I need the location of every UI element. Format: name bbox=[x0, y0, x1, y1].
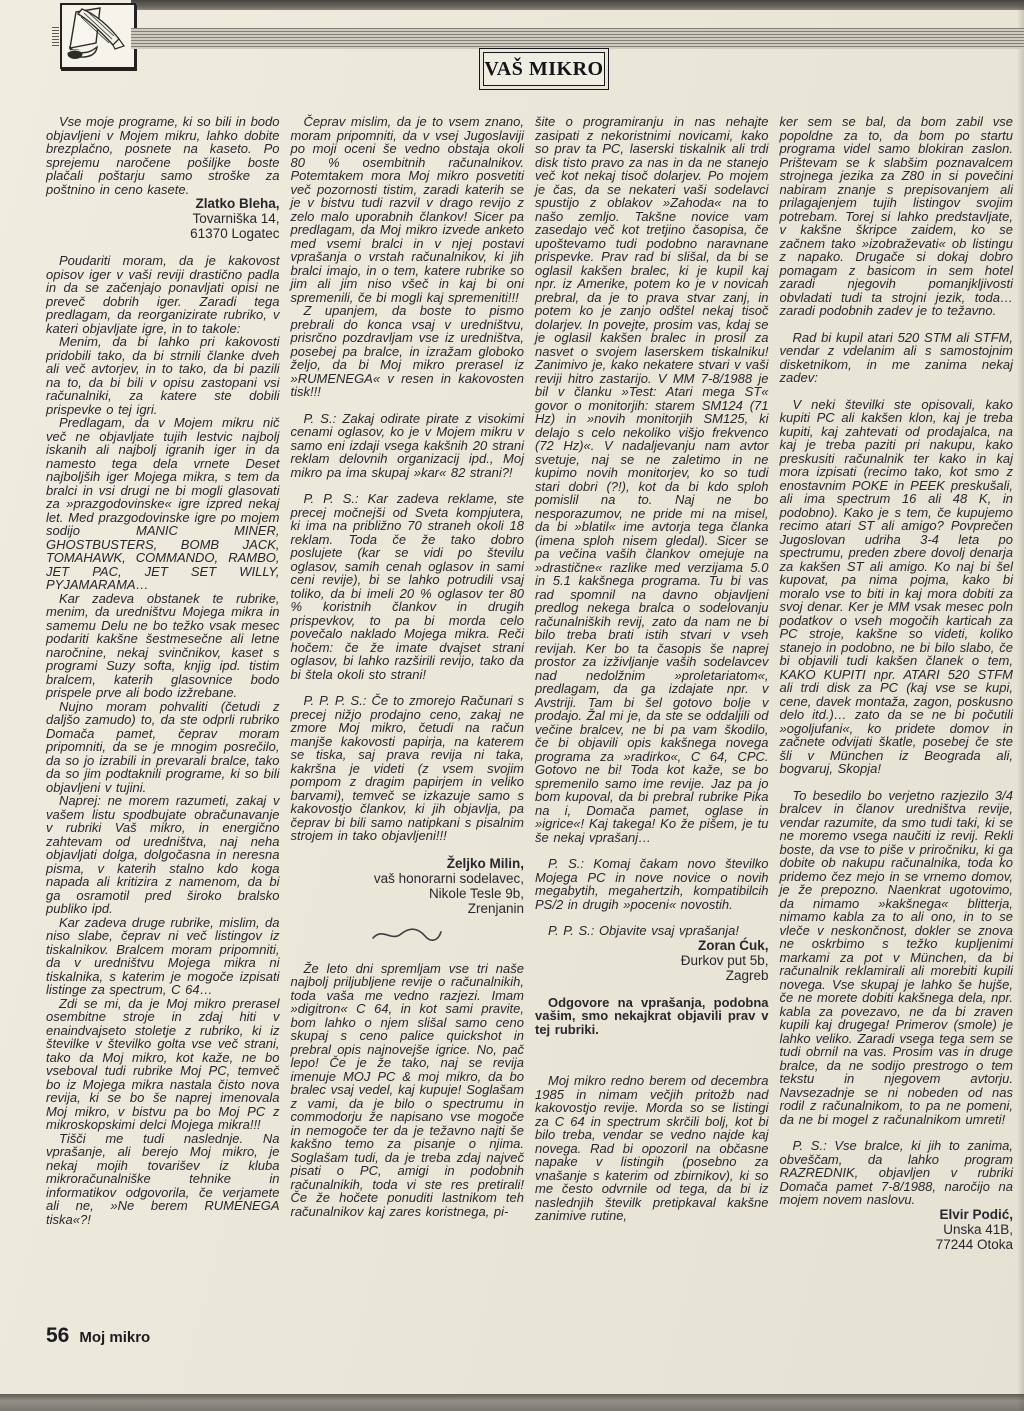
letter-paragraph: šite o programiranju in nas nehajte zasi… bbox=[535, 115, 769, 844]
letter-paragraph: P. P. S.: Kar zadeva reklame, ste precej… bbox=[291, 492, 525, 681]
letter-paragraph: Rad bi kupil atari 520 STM ali STFM, ven… bbox=[780, 331, 1014, 385]
letter-paragraph: Kar zadeva druge rubrike, mislim, da nis… bbox=[46, 916, 280, 997]
letter-paragraph: ker sem se bal, da bom zabil vse popoldn… bbox=[780, 115, 1014, 318]
letter-paragraph: Z upanjem, da boste to pismo prebrali do… bbox=[291, 304, 525, 399]
letter-paragraph: P. S.: Komaj čakam novo številko Mojega … bbox=[535, 857, 769, 911]
letter-paragraph: Moj mikro redno berem od decembra 1985 i… bbox=[535, 1074, 769, 1223]
handwritten-divider bbox=[291, 924, 525, 948]
page-number: 56 bbox=[46, 1324, 69, 1348]
scroll-and-quill-drawing bbox=[62, 5, 130, 63]
signature-name: Elvir Podić, bbox=[780, 1207, 1014, 1222]
letter-paragraph: V neki številki ste opisovali, kako kupi… bbox=[780, 398, 1014, 776]
signature-name: Zlatko Bleha, bbox=[46, 196, 280, 211]
signature-address-line: Zagreb bbox=[535, 968, 769, 983]
letters-columns: Vse moje programe, ki so bili in bodo ob… bbox=[46, 115, 1013, 1252]
scroll-and-quill-icon bbox=[60, 3, 136, 69]
scan-edge-right bbox=[1017, 0, 1024, 1411]
letter-paragraph: Vse moje programe, ki so bili in bodo ob… bbox=[46, 115, 280, 196]
letter-signature: Zlatko Bleha,Tovarniška 14,61370 Logatec bbox=[46, 196, 280, 241]
letter-signature: Zoran Ćuk,Đurkov put 5b,Zagreb bbox=[535, 938, 769, 983]
letter-paragraph: P. S.: Zakaj odirate pirate z visokimi c… bbox=[291, 412, 525, 480]
letter-paragraph: P. P. S.: Objavite vsaj vprašanja! bbox=[535, 924, 769, 938]
letter-paragraph: Tišči me tudi naslednje. Na vprašanje, a… bbox=[46, 1132, 280, 1227]
section-title: VAŠ MIKRO bbox=[484, 58, 603, 81]
signature-address-line: Zrenjanin bbox=[291, 901, 525, 916]
signature-address-line: Nikole Tesle 9b, bbox=[291, 886, 525, 901]
header-stripe-band bbox=[131, 28, 1024, 49]
letter-paragraph: Že leto dni spremljam vse tri naše najbo… bbox=[291, 962, 525, 1219]
signature-address-line: vaš honorarni sodelavec, bbox=[291, 871, 525, 886]
handwritten-squiggle bbox=[370, 924, 444, 946]
text-column: Čeprav mislim, da je to vsem znano, mora… bbox=[291, 115, 525, 1252]
page-footer: 56 Moj mikro bbox=[46, 1324, 150, 1348]
scan-edge-top bbox=[131, 0, 1024, 10]
text-column: ker sem se bal, da bom zabil vse popoldn… bbox=[780, 115, 1014, 1252]
letter-paragraph: P. S.: Vse bralce, ki jih to zanima, obv… bbox=[780, 1139, 1014, 1207]
letter-signature: Elvir Podić,Unska 41B,77244 Otoka bbox=[780, 1207, 1014, 1252]
letter-paragraph: Čeprav mislim, da je to vsem znano, mora… bbox=[291, 115, 525, 304]
letter-paragraph: Poudariti moram, da je kakovost opisov i… bbox=[46, 254, 280, 335]
letter-paragraph: Menim, da bi lahko pri kakovosti pridobi… bbox=[46, 335, 280, 416]
signature-address-line: 77244 Otoka bbox=[780, 1237, 1014, 1252]
letter-paragraph: To besedilo bo verjetno razjezilo 3/4 br… bbox=[780, 789, 1014, 1127]
signature-name: Zoran Ćuk, bbox=[535, 938, 769, 953]
letter-paragraph: P. P. P. S.: Če to zmorejo Računari s pr… bbox=[291, 694, 525, 843]
letter-paragraph: Kar zadeva obstanek te rubrike, menim, d… bbox=[46, 592, 280, 700]
signature-address-line: Unska 41B, bbox=[780, 1222, 1014, 1237]
section-title-box: VAŠ MIKRO bbox=[483, 52, 605, 86]
signature-address-line: Đurkov put 5b, bbox=[535, 953, 769, 968]
signature-address-line: 61370 Logatec bbox=[46, 226, 280, 241]
letter-paragraph: Naprej: ne morem razumeti, zakaj v vašem… bbox=[46, 794, 280, 916]
editor-reply: Odgovore na vprašanja, podobna vašim, sm… bbox=[535, 996, 769, 1037]
signature-address-line: Tovarniška 14, bbox=[46, 211, 280, 226]
scan-edge-bottom bbox=[0, 1394, 1024, 1411]
text-column: šite o programiranju in nas nehajte zasi… bbox=[535, 115, 769, 1252]
registration-marks bbox=[52, 27, 59, 47]
letter-paragraph: Zdi se mi, da je Moj mikro prerasel osem… bbox=[46, 997, 280, 1132]
letter-signature: Željko Milin,vaš honorarni sodelavec,Nik… bbox=[291, 856, 525, 916]
text-column: Vse moje programe, ki so bili in bodo ob… bbox=[46, 115, 280, 1252]
magazine-name: Moj mikro bbox=[79, 1329, 150, 1346]
letter-paragraph: Nujno moram pohvaliti (četudi z daljšo z… bbox=[46, 700, 280, 795]
signature-name: Željko Milin, bbox=[291, 856, 525, 871]
letter-paragraph: Predlagam, da v Mojem mikru nič več ne o… bbox=[46, 416, 280, 592]
